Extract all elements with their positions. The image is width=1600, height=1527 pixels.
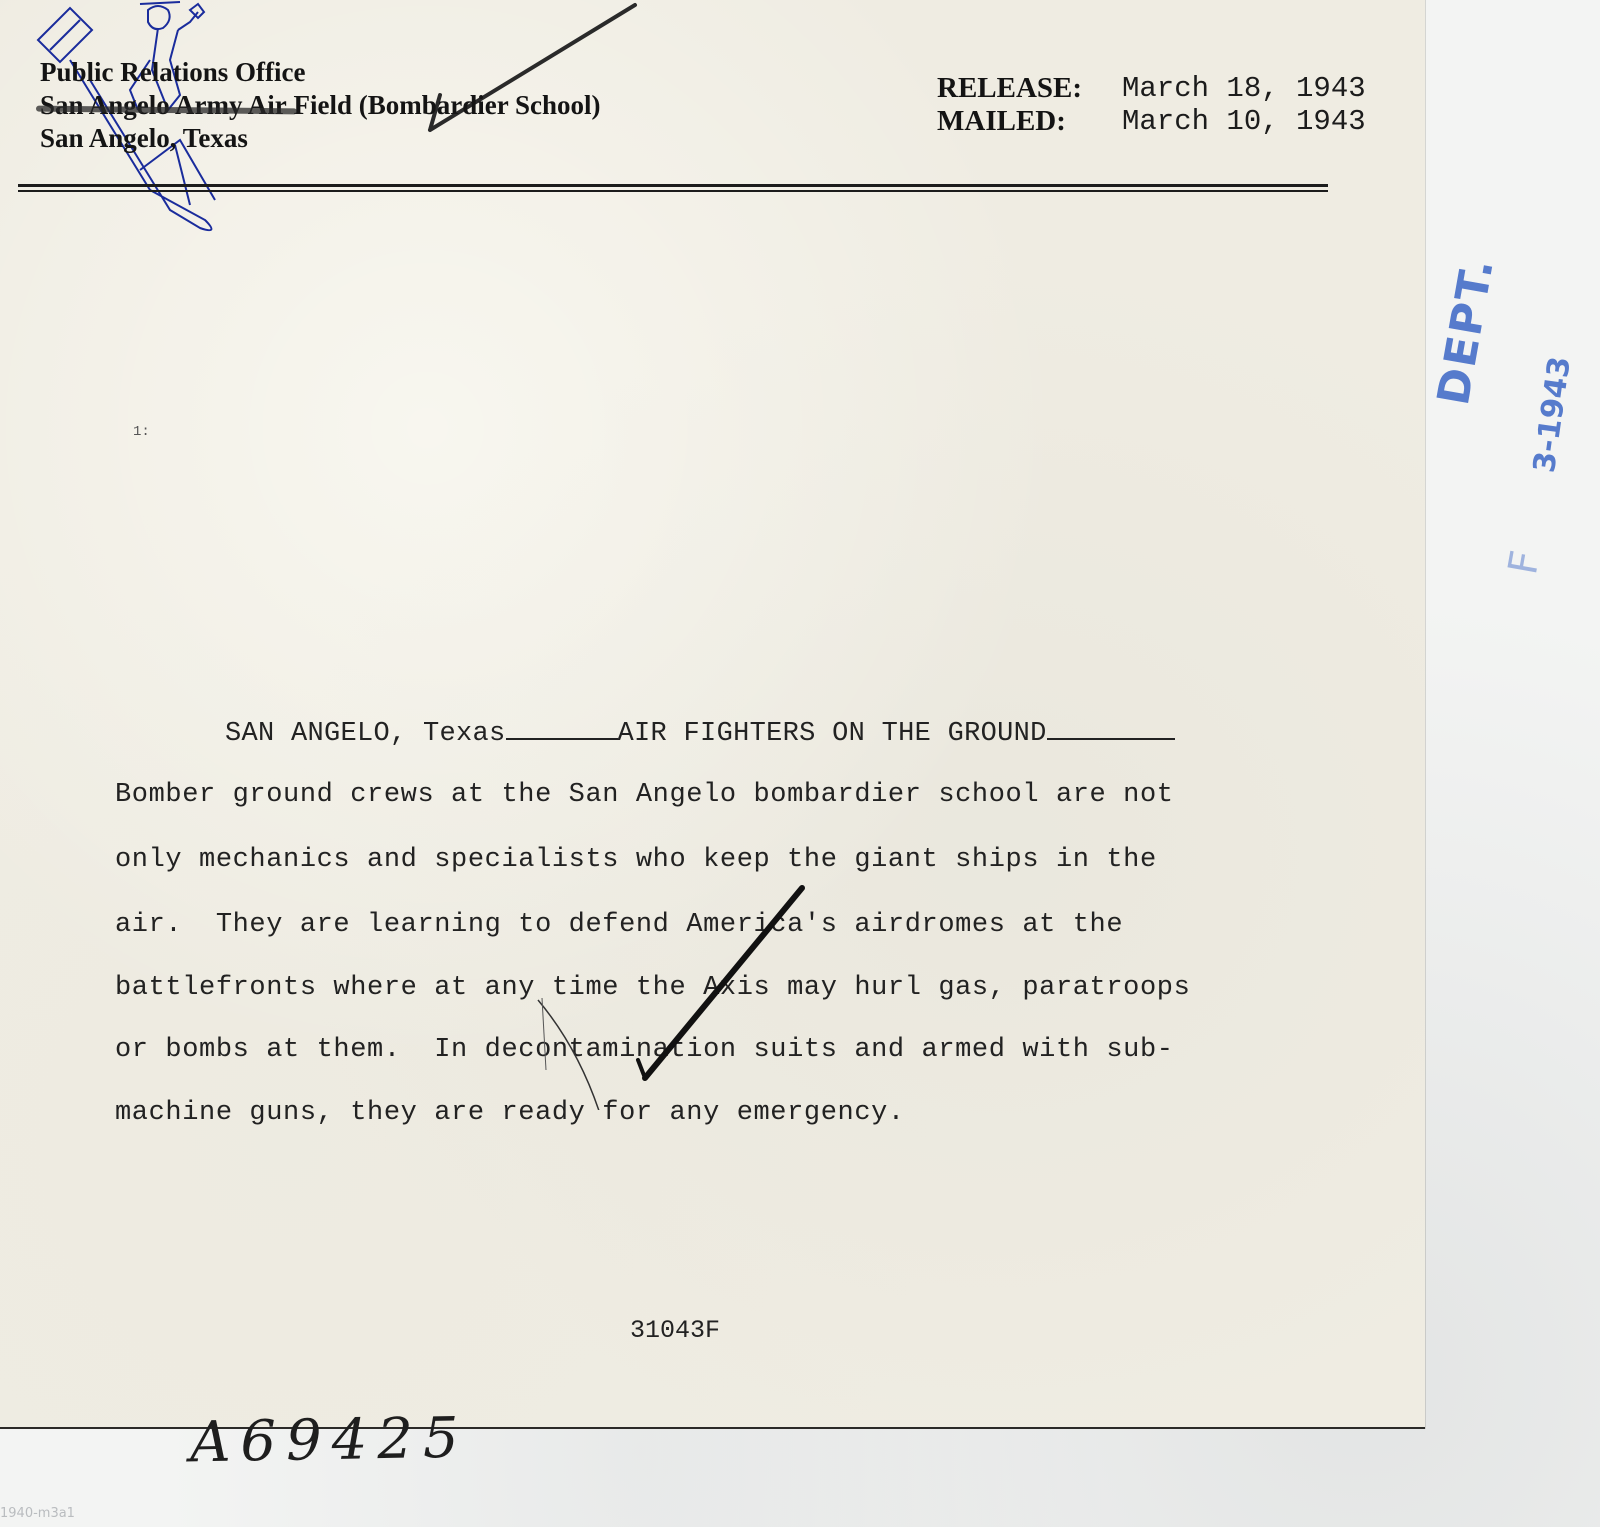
- story-dateline: SAN ANGELO, TexasAIR FIGHTERS ON THE GRO…: [225, 716, 1175, 749]
- story-line: Bomber ground crews at the San Angelo bo…: [115, 780, 1174, 810]
- dateline-place: SAN ANGELO, Texas: [225, 719, 506, 749]
- struck-out-text: San Angelo Army Air: [40, 90, 287, 120]
- story-line: or bombs at them. In decontamination sui…: [115, 1035, 1174, 1065]
- header-rule-thin: [18, 190, 1328, 192]
- letterhead-field-rest: Field (Bombardier School): [287, 90, 601, 120]
- story-line: machine guns, they are ready for any eme…: [115, 1098, 905, 1128]
- letterhead: Public Relations Office San Angelo Army …: [40, 56, 601, 155]
- letterhead-field: San Angelo Army Air Field (Bombardier Sc…: [40, 89, 601, 122]
- dateline-underscore: [506, 716, 618, 740]
- press-release-sheet: Public Relations Office San Angelo Army …: [0, 0, 1425, 1429]
- header-rule-thick: [18, 184, 1328, 187]
- letterhead-office: Public Relations Office: [40, 56, 601, 89]
- handwritten-catalog-number: A69425: [189, 1406, 469, 1476]
- margin-mark: 1:: [133, 424, 150, 440]
- letterhead-city: San Angelo, Texas: [40, 122, 601, 155]
- release-date: March 18, 1943: [1122, 72, 1366, 105]
- headline-underscore: [1047, 716, 1175, 740]
- archive-watermark: 1940-m3a1: [0, 1506, 75, 1521]
- release-info: RELEASE: March 18, 1943 MAILED: March 10…: [937, 72, 1366, 138]
- reference-number: 31043F: [630, 1316, 720, 1345]
- story-line: air. They are learning to defend America…: [115, 910, 1123, 940]
- story-headline: AIR FIGHTERS ON THE GROUND: [618, 719, 1047, 749]
- story-line: only mechanics and specialists who keep …: [115, 845, 1157, 875]
- story-line: battlefronts where at any time the Axis …: [115, 973, 1190, 1003]
- mailed-label: MAILED:: [937, 105, 1122, 138]
- mailed-date: March 10, 1943: [1122, 105, 1366, 138]
- release-label: RELEASE:: [937, 72, 1122, 105]
